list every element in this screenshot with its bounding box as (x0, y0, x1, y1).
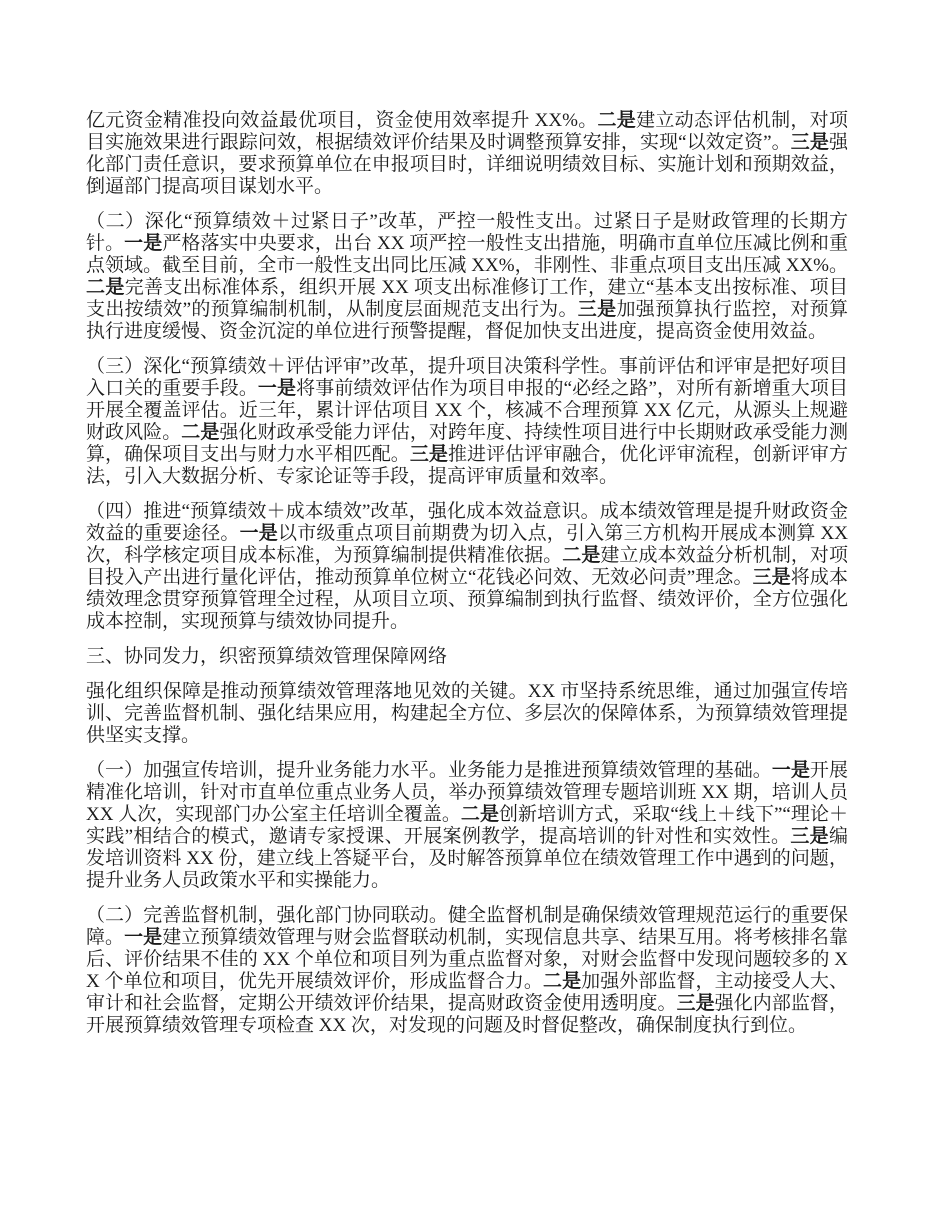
text-run: （一）加强宣传培训，提升业务能力水平。业务能力是推进预算绩效管理的基础。 (86, 760, 772, 781)
bold-run: 三是 (410, 444, 448, 465)
bold-run: 一是 (258, 378, 296, 399)
bold-run: 一是 (124, 927, 162, 948)
document-page: 亿元资金精准投向效益最优项目，资金使用效率提升 XX%。二是建立动态评估机制，对… (0, 0, 950, 1230)
bold-run: 二是 (86, 277, 125, 298)
text-run: 严格落实中央要求，出台 XX 项严控一般性支出措施，明确市直单位压减比例和重点领… (86, 233, 848, 276)
paragraph-section-2-item-2: （二）深化“预算绩效＋过紧日子”改革，严控一般性支出。过紧日子是财政管理的长期方… (86, 211, 848, 343)
text-run: 三、协同发力，织密预算绩效管理保障网络 (86, 646, 447, 667)
document-body: 亿元资金精准投向效益最优项目，资金使用效率提升 XX%。二是建立动态评估机制，对… (86, 110, 848, 1037)
bold-run: 三是 (578, 299, 617, 320)
text-run: 强化组织保障是推动预算绩效管理落地见效的关键。XX 市坚持系统思维，通过加强宣传… (86, 681, 848, 746)
section-heading-3: 三、协同发力，织密预算绩效管理保障网络 (86, 646, 848, 668)
text-run: 亿元资金精准投向效益最优项目，资金使用效率提升 XX%。 (86, 110, 598, 131)
bold-run: 一是 (124, 233, 162, 254)
paragraph-section-3-item-2: （二）完善监督机制，强化部门协同联动。健全监督机制是确保绩效管理规范运行的重要保… (86, 905, 848, 1037)
bold-run: 三是 (791, 132, 829, 153)
bold-run: 三是 (677, 993, 715, 1014)
paragraph-section-2-item-4: （四）推进“预算绩效＋成本绩效”改革，强化成本效益意识。成本绩效管理是提升财政资… (86, 501, 848, 633)
bold-run: 二是 (562, 545, 600, 566)
bold-run: 二是 (598, 110, 637, 131)
bold-run: 三是 (790, 826, 829, 847)
paragraph-section-2-item-3: （三）深化“预算绩效＋评估评审”改革，提升项目决策科学性。事前评估和评审是把好项… (86, 356, 848, 488)
bold-run: 三是 (753, 567, 791, 588)
bold-run: 一是 (772, 760, 810, 781)
bold-run: 二是 (461, 804, 499, 825)
paragraph-continuation: 亿元资金精准投向效益最优项目，资金使用效率提升 XX%。二是建立动态评估机制，对… (86, 110, 848, 198)
bold-run: 一是 (240, 523, 278, 544)
bold-run: 二是 (181, 422, 219, 443)
bold-run: 二是 (543, 971, 581, 992)
paragraph-section-3-item-1: （一）加强宣传培训，提升业务能力水平。业务能力是推进预算绩效管理的基础。一是开展… (86, 760, 848, 892)
paragraph-section-3-intro: 强化组织保障是推动预算绩效管理落地见效的关键。XX 市坚持系统思维，通过加强宣传… (86, 681, 848, 747)
